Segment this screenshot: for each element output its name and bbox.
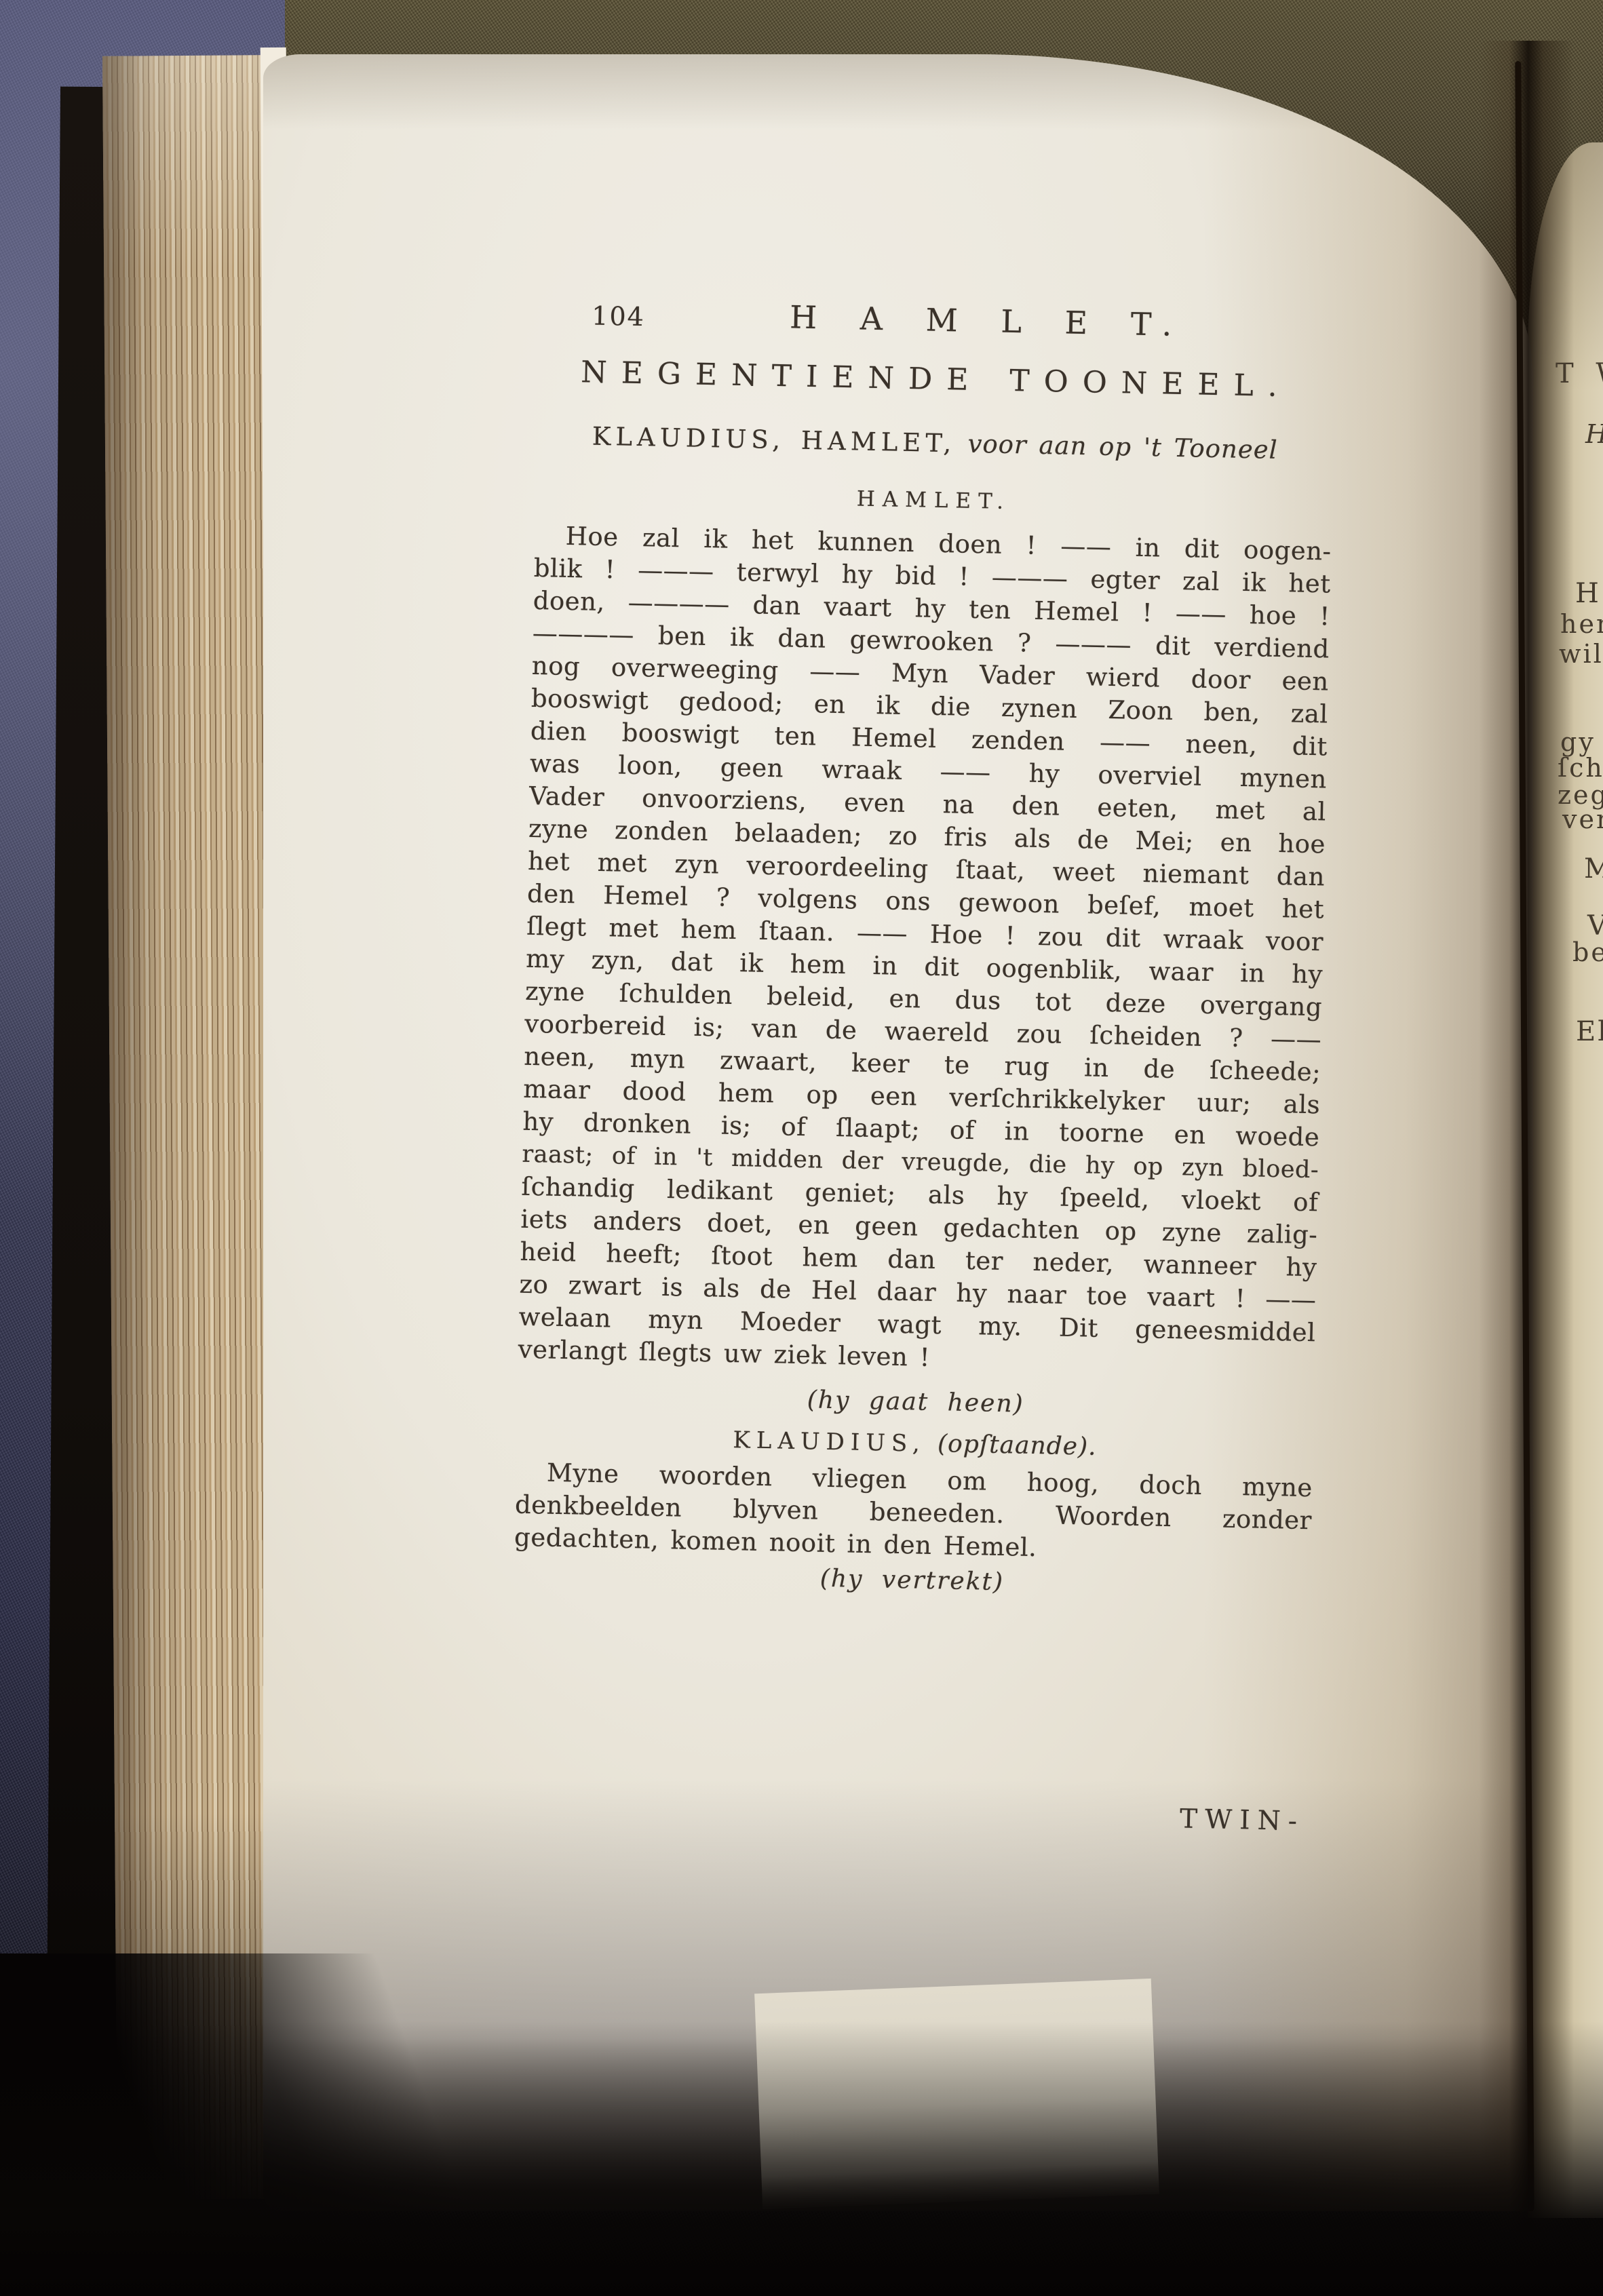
opposite-page-fragment: M — [1584, 853, 1603, 884]
speaker-heading-hamlet: HAMLET. — [535, 476, 1333, 525]
characters-names: KLAUDIUS, HAMLET, — [592, 422, 956, 459]
page-number: 104 — [592, 300, 645, 334]
opposite-page-fragment: T W — [1556, 358, 1603, 389]
opposite-page-fragment: verk — [1562, 804, 1603, 834]
characters-line: KLAUDIUS, HAMLET, voor aan op 't Tooneel — [536, 419, 1334, 468]
stage-direction-exit-hamlet: (hy gaat heen) — [517, 1378, 1315, 1427]
opposite-page-fragment: will — [1559, 639, 1603, 669]
opposite-page-fragment: H — [1585, 419, 1603, 449]
page-stack-fore-edge — [102, 55, 280, 2200]
gutter-shadow-line — [1515, 61, 1534, 2211]
opposite-page-fragment: El — [1576, 1016, 1603, 1047]
page-text: 104 H A M L E T. NEGENTIENDE TOONEEL. KL… — [509, 292, 1336, 1838]
hamlet-speech: Hoe zal ik het kunnen doen ! —— in dit o… — [518, 520, 1332, 1382]
speaker-klaudius-name: KLAUDIUS, — [733, 1426, 926, 1458]
characters-stage-direction: voor aan op 't Tooneel — [967, 429, 1278, 465]
speaker-klaudius-direction: (opſtaande). — [938, 1430, 1097, 1461]
book-photo: T W H H hem will gy ſcha zegg verk M V b… — [0, 0, 1603, 2296]
opposite-page-fragment: hem — [1560, 609, 1603, 639]
bottom-shadow — [0, 2021, 1603, 2296]
scene-heading: NEGENTIENDE TOONEEL. — [537, 355, 1335, 404]
opposite-page-fragment: ſcha — [1558, 753, 1603, 783]
klaudius-speech: Myne woorden vliegen om hoog, doch myne … — [514, 1456, 1313, 1570]
opposite-page-fragment: ber — [1572, 937, 1603, 967]
opposite-page-fragment: H — [1575, 578, 1601, 609]
